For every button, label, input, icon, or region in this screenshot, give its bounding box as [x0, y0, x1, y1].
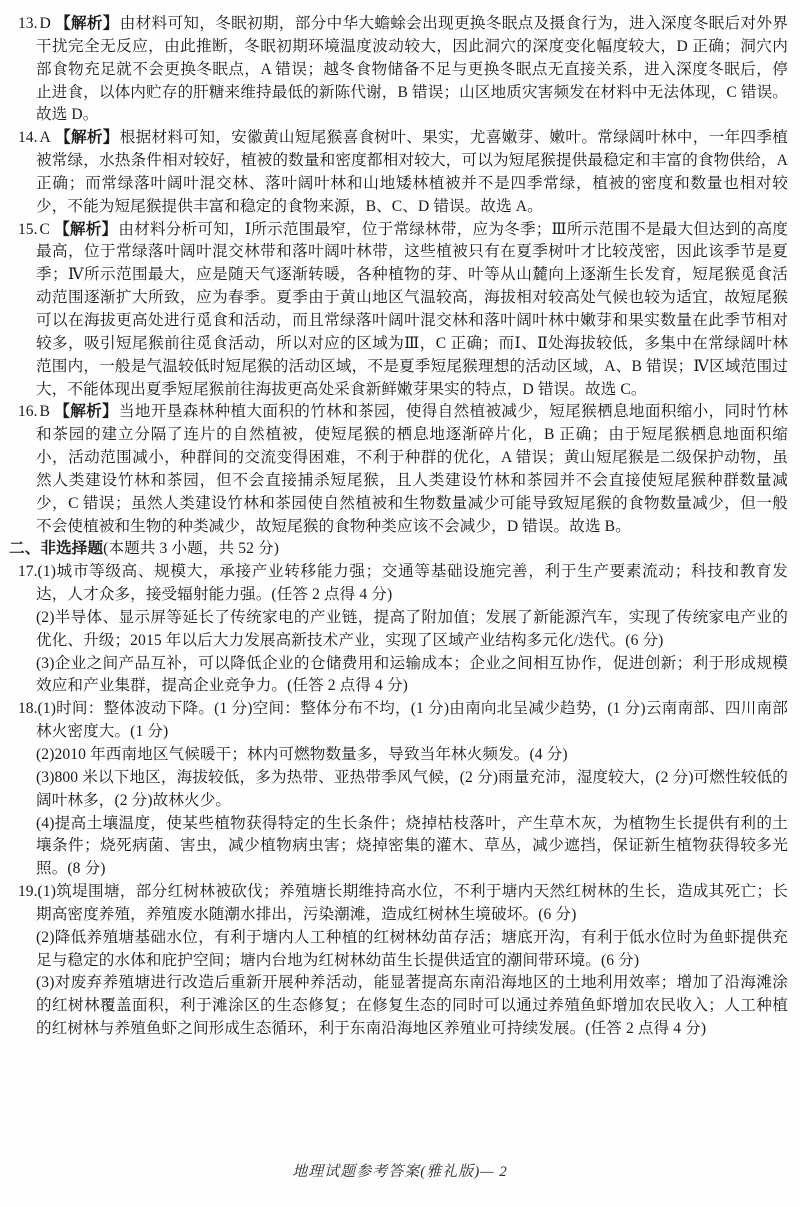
- part-label: (1): [38, 563, 56, 580]
- part-text: 筑堤围塘，部分红树林被砍伐；养殖塘长期维持高水位，不利于塘内天然红树林的生长，造…: [36, 883, 788, 923]
- question-number: 17.: [18, 563, 38, 580]
- page-footer: 地理试题参考答案(雅礼版)— 2: [0, 1160, 800, 1181]
- question-number: 16.: [18, 403, 38, 420]
- part-text: 对废弃养殖塘进行改造后重新开展种养活动，能显著提高东南沿海地区的土地利用效率；增…: [36, 974, 788, 1037]
- analysis-tag: 【解析】: [55, 15, 119, 32]
- part-text: 提高土壤温度，使某些植物获得特定的生长条件；烧掉枯枝落叶，产生草木灰，为植物生长…: [36, 815, 788, 878]
- part-label: (3): [36, 974, 54, 991]
- answer-part: (2)降低养殖塘基础水位，有利于塘内人工种植的红树林幼苗存活；塘底开沟，有利于低…: [36, 927, 788, 973]
- part-text: 降低养殖塘基础水位，有利于塘内人工种植的红树林幼苗存活；塘底开沟，有利于低水位时…: [36, 929, 788, 969]
- answer-choice: D: [40, 15, 51, 32]
- section-title: 二、非选择题: [9, 540, 103, 557]
- answer-item-14: 14.A【解析】根据材料可知，安徽黄山短尾猴喜食树叶、果实，尤喜嫩芽、嫩叶。常绿…: [9, 127, 788, 218]
- part-text: 2010 年西南地区气候暖干；林内可燃物数量多，导致当年林火频发。(4 分): [54, 746, 567, 763]
- question-block-17: 17.(1)城市等级高、规模大，承接产业转移能力强；交通等基础设施完善，利于生产…: [9, 561, 788, 698]
- answer-choice: A: [40, 129, 51, 146]
- part-label: (2): [36, 609, 54, 626]
- answer-part: 19.(1)筑堤围塘，部分红树林被砍伐；养殖塘长期维持高水位，不利于塘内天然红树…: [9, 881, 788, 927]
- part-label: (4): [36, 815, 54, 832]
- analysis-text: 由材料分析可知，Ⅰ所示范围最窄，位于常绿林带，应为冬季；Ⅲ所示范围不是最大但达到…: [36, 221, 788, 398]
- section-subtitle: (本题共 3 小题，共 52 分): [103, 540, 279, 557]
- question-number: 13.: [18, 15, 38, 32]
- section-header: 二、非选择题(本题共 3 小题，共 52 分): [9, 538, 788, 561]
- part-text: 时间：整体波动下降。(1 分)空间：整体分布不均，(1 分)由南向北呈减少趋势，…: [36, 700, 788, 740]
- analysis-text: 由材料可知，冬眠初期，部分中华大蟾蜍会出现更换冬眠点及摄食行为，进入深度冬眠后对…: [36, 15, 788, 123]
- analysis-tag: 【解析】: [55, 129, 119, 146]
- question-number: 14.: [18, 129, 38, 146]
- part-label: (3): [36, 655, 54, 672]
- question-number: 19.: [18, 883, 38, 900]
- part-label: (1): [38, 700, 56, 717]
- analysis-text: 根据材料可知，安徽黄山短尾猴喜食树叶、果实，尤喜嫩芽、嫩叶。常绿阔叶林中，一年四…: [36, 129, 788, 215]
- answer-part: (3)企业之间产品互补，可以降低企业的仓储费用和运输成本；企业之间相互协作，促进…: [36, 653, 788, 699]
- answer-item-13: 13.D【解析】由材料可知，冬眠初期，部分中华大蟾蜍会出现更换冬眠点及摄食行为，…: [9, 13, 788, 127]
- part-label: (2): [36, 929, 54, 946]
- answer-part: (2)2010 年西南地区气候暖干；林内可燃物数量多，导致当年林火频发。(4 分…: [36, 744, 788, 767]
- question-number: 18.: [18, 700, 38, 717]
- answer-part: (3)800 米以下地区，海拔较低，多为热带、亚热带季风气候，(2 分)雨量充沛…: [36, 767, 788, 813]
- answer-part: (3)对废弃养殖塘进行改造后重新开展种养活动，能显著提高东南沿海地区的土地利用效…: [36, 972, 788, 1041]
- answer-part: (2)半导体、显示屏等延长了传统家电的产业链，提高了附加值；发展了新能源汽车，实…: [36, 607, 788, 653]
- part-text: 800 米以下地区，海拔较低，多为热带、亚热带季风气候，(2 分)雨量充沛，湿度…: [36, 769, 788, 809]
- answer-part: (4)提高土壤温度，使某些植物获得特定的生长条件；烧掉枯枝落叶，产生草木灰，为植…: [36, 813, 788, 882]
- page-content: 13.D【解析】由材料可知，冬眠初期，部分中华大蟾蜍会出现更换冬眠点及摄食行为，…: [0, 0, 800, 1041]
- part-text: 企业之间产品互补，可以降低企业的仓储费用和运输成本；企业之间相互协作，促进创新；…: [36, 655, 788, 695]
- answer-choice: C: [40, 221, 51, 238]
- part-text: 半导体、显示屏等延长了传统家电的产业链，提高了附加值；发展了新能源汽车，实现了传…: [36, 609, 788, 649]
- analysis-text: 当地开垦森林种植大面积的竹林和茶园，使得自然植被减少，短尾猴栖息地面积缩小，同时…: [36, 403, 788, 534]
- part-label: (2): [36, 746, 54, 763]
- answer-item-16: 16.B【解析】当地开垦森林种植大面积的竹林和茶园，使得自然植被减少，短尾猴栖息…: [9, 401, 788, 538]
- answer-item-15: 15.C【解析】由材料分析可知，Ⅰ所示范围最窄，位于常绿林带，应为冬季；Ⅲ所示范…: [9, 219, 788, 402]
- answer-part: 18.(1)时间：整体波动下降。(1 分)空间：整体分布不均，(1 分)由南向北…: [9, 698, 788, 744]
- answer-key-page: 13.D【解析】由材料可知，冬眠初期，部分中华大蟾蜍会出现更换冬眠点及摄食行为，…: [0, 0, 800, 1207]
- analysis-tag: 【解析】: [54, 221, 117, 238]
- answer-part: 17.(1)城市等级高、规模大，承接产业转移能力强；交通等基础设施完善，利于生产…: [9, 561, 788, 607]
- question-block-18: 18.(1)时间：整体波动下降。(1 分)空间：整体分布不均，(1 分)由南向北…: [9, 698, 788, 881]
- part-text: 城市等级高、规模大，承接产业转移能力强；交通等基础设施完善，利于生产要素流动；科…: [36, 563, 788, 603]
- question-block-19: 19.(1)筑堤围塘，部分红树林被砍伐；养殖塘长期维持高水位，不利于塘内天然红树…: [9, 881, 788, 1041]
- part-label: (1): [38, 883, 56, 900]
- analysis-tag: 【解析】: [54, 403, 118, 420]
- part-label: (3): [36, 769, 54, 786]
- answer-choice: B: [40, 403, 51, 420]
- question-number: 15.: [18, 221, 38, 238]
